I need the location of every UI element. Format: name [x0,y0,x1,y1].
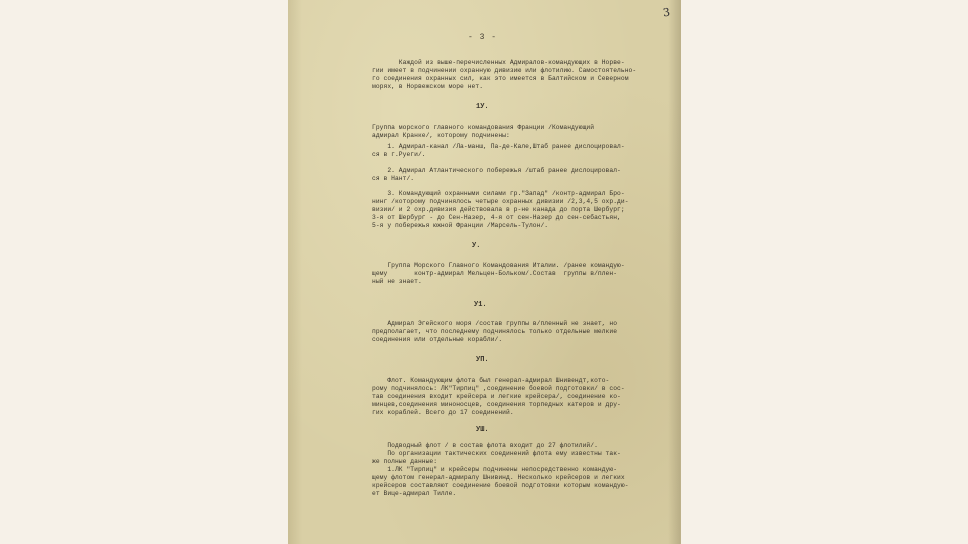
section-numeral: У1. [474,301,487,309]
section-5-paragraph: Группа Морского Главного Командования Ит… [372,262,672,286]
page-number: - 3 - [468,33,497,42]
section-numeral: УШ. [476,426,489,434]
section-4-heading: Группа морского главного командования Фр… [372,124,672,140]
section-7-paragraph: Флот. Командующим флота был генерал-адми… [372,377,672,417]
section-6-paragraph: Адмирал Эгейского моря /состав группы в/… [372,320,672,344]
section-numeral: У. [472,242,480,250]
section-numeral: 1У. [476,103,489,111]
handwritten-page-mark: 3 [662,8,670,19]
section-4-item-2: 2. Адмирал Атлантического побережья /шта… [372,167,672,183]
document-page: - 3 - 3 Каждой из выше-перечисленных Адм… [288,0,680,544]
section-numeral: УП. [476,356,489,364]
intro-paragraph: Каждой из выше-перечисленных Адмиралов-к… [372,59,672,91]
section-4-item-1: 1. Адмирал-канал /Ла-манш, Па-де-Кале,Шт… [372,143,672,159]
section-8-paragraph: Подводный флот / в состав флота входит д… [372,442,672,498]
section-4-item-3: 3. Командующий охранными силами гр."Запа… [372,190,672,230]
